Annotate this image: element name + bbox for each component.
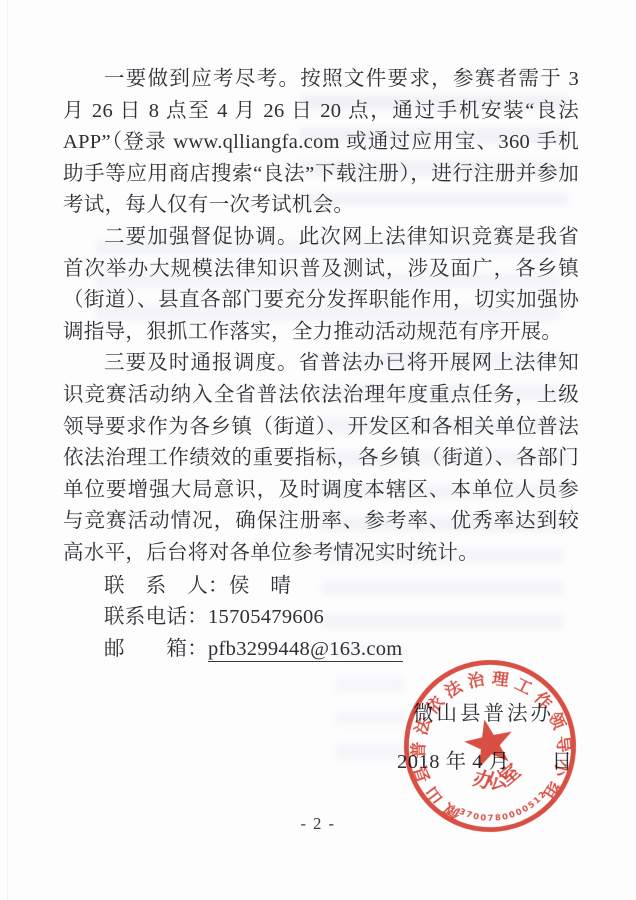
signature-block: 微山县普法办 2018 年 4 月 日 (397, 698, 583, 778)
contact-person-row: 联 系 人：侯 晴 (104, 571, 579, 603)
paragraph-1: 一要做到应考尽考。按照文件要求，参赛者需于 3 月 26 日 8 点至 4 月 … (63, 64, 579, 222)
seal-text-char: 1 (531, 794, 542, 805)
contact-person-value: 侯 晴 (229, 575, 291, 597)
signing-organization: 微山县普法办 (397, 698, 583, 730)
contact-phone-row: 联系电话：15705479606 (104, 602, 579, 634)
seal-text-char: 治 (466, 668, 488, 691)
page-number: - 2 - (0, 814, 636, 834)
contact-phone-value: 15705479606 (208, 606, 324, 628)
seal-text-char: 5 (526, 799, 537, 811)
contact-email-row: 邮 箱：pfb3299448@163.com (104, 634, 579, 666)
contact-email-label: 邮 箱： (104, 638, 208, 660)
contact-person-label: 联 系 人： (104, 575, 229, 597)
contact-block: 联 系 人：侯 晴 联系电话：15705479606 邮 箱：pfb329944… (63, 571, 579, 666)
paragraph-3: 三要及时通报调度。省普法办已将开展网上法律知识竞赛活动纳入全省普法依法治理年度重… (63, 348, 579, 569)
seal-text-char: 组 (539, 778, 565, 803)
seal-text-char: 0 (520, 803, 530, 815)
scan-edge-artifact (7, 0, 8, 900)
seal-text-char: 理 (491, 669, 510, 690)
contact-email-value: pfb3299448@163.com (208, 638, 403, 662)
signature-date: 2018 年 4 月 日 (397, 746, 583, 778)
contact-phone-label: 联系电话： (104, 606, 208, 628)
document-body: 一要做到应考尽考。按照文件要求，参赛者需于 3 月 26 日 8 点至 4 月 … (63, 64, 579, 665)
seal-text-char: 工 (512, 674, 536, 699)
seal-text-char: 2 (536, 789, 547, 800)
document-page: 一要做到应考尽考。按照文件要求，参赛者需于 3 月 26 日 8 点至 4 月 … (0, 0, 636, 900)
paragraph-2: 二要加强督促协调。此次网上法律知识竞赛是我省首次举办大规模法律知识普及测试，涉及… (63, 222, 579, 348)
seal-text-char: 山 (421, 783, 446, 808)
